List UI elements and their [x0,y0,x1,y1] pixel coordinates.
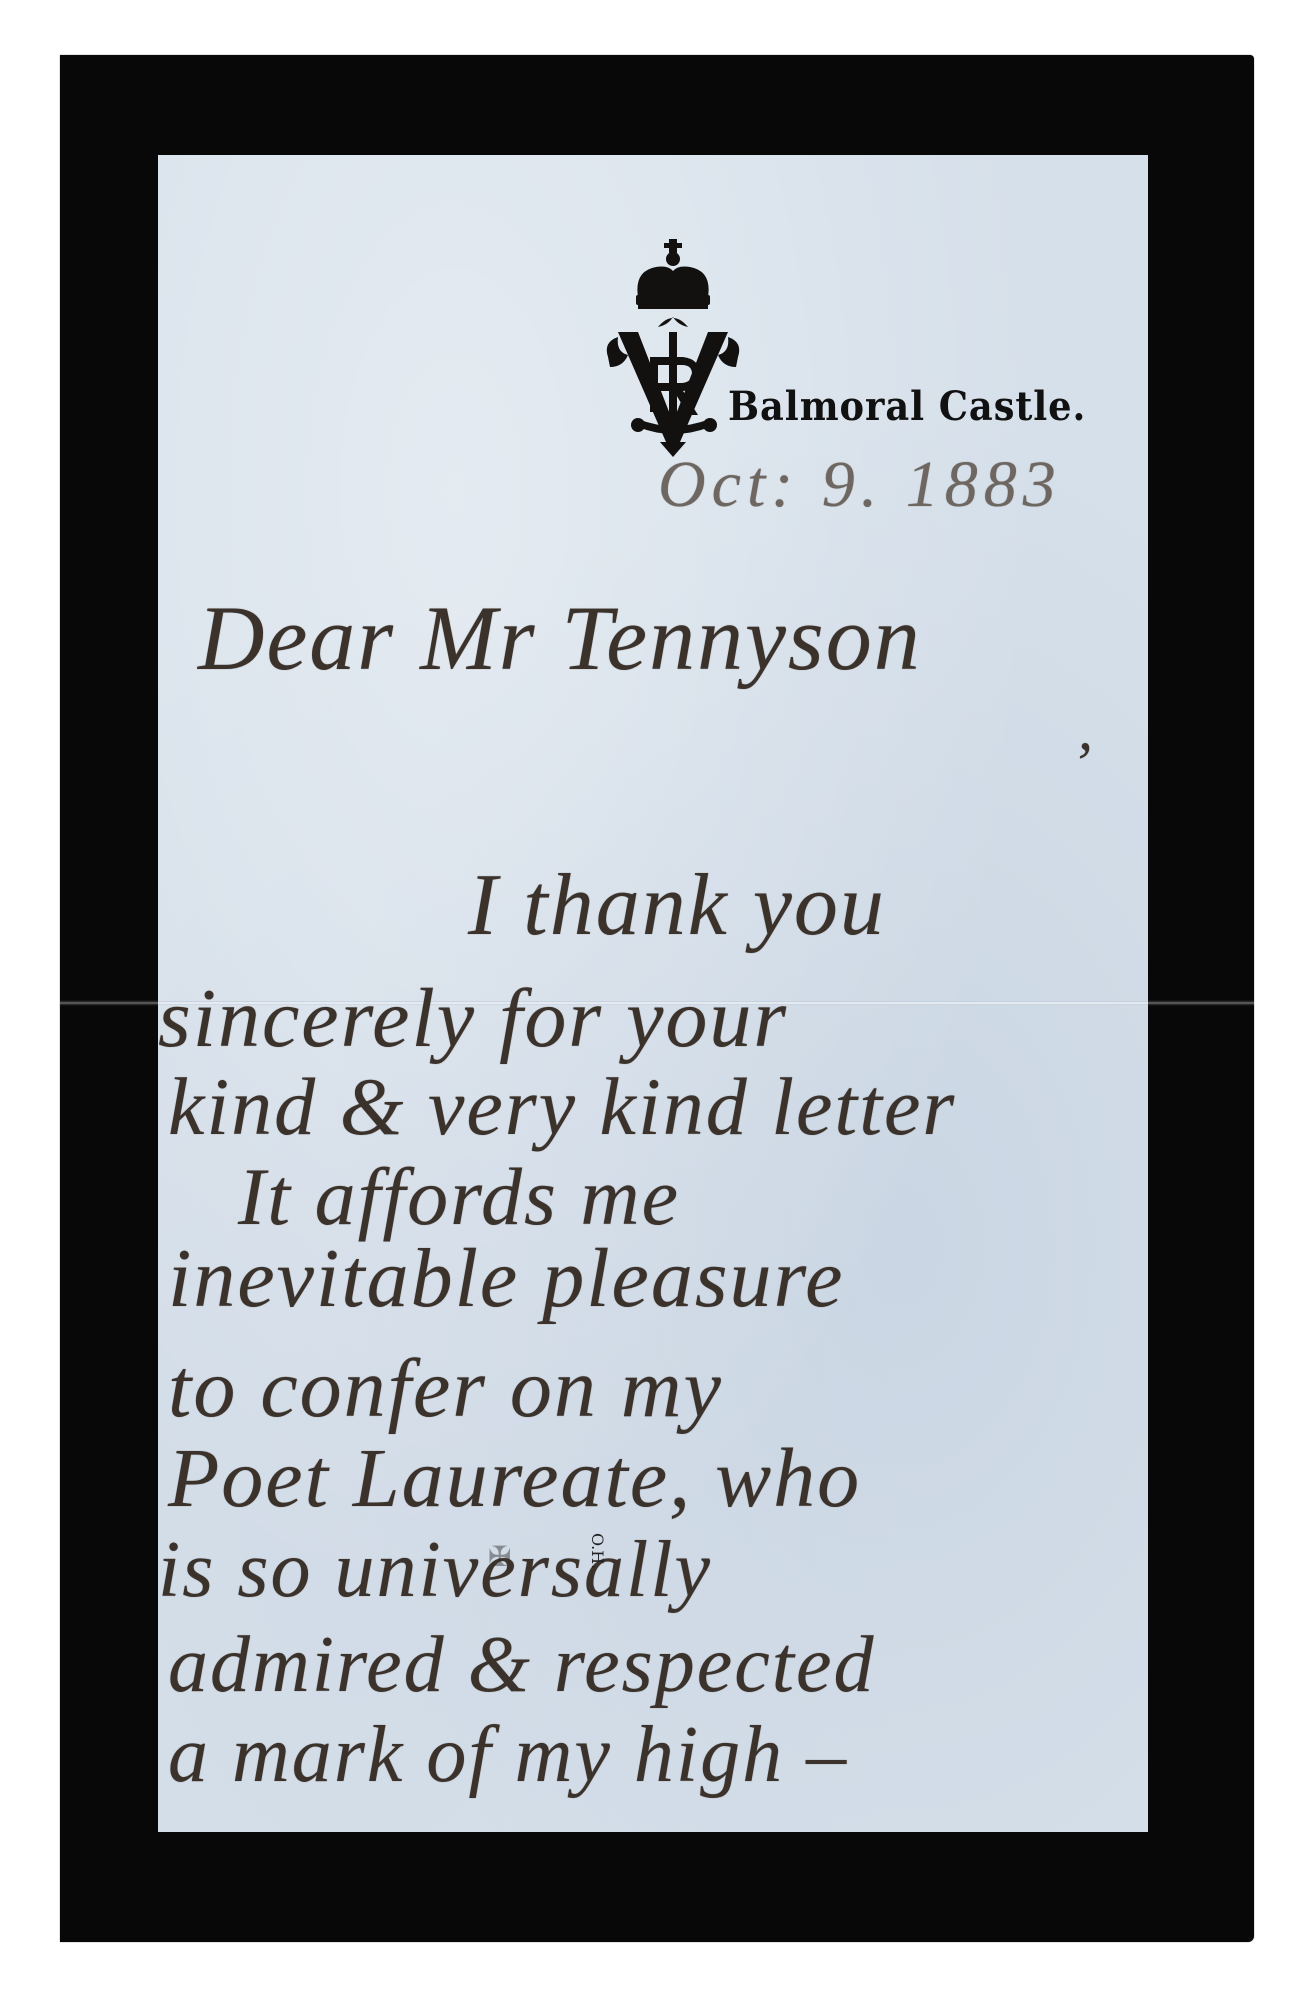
body-line: kind & very kind letter [168,1060,956,1154]
body-line: I thank you [468,855,886,956]
letter-paper: Balmoral Castle. Oct: 9. 1883 Dear Mr Te… [158,155,1148,1832]
body-line: to confer on my [168,1340,723,1437]
fold-crease-right [1148,1000,1254,1006]
faint-crest-stamp-icon: ✠ [488,1540,511,1573]
body-line: inevitable pleasure [168,1230,844,1327]
letterhead-address: Balmoral Castle. [728,383,1086,430]
body-line: Poet Laureate, who [168,1430,861,1527]
letter-date: Oct: 9. 1883 [658,447,1062,523]
stamp-text: O.H. [588,1533,607,1569]
body-line: a mark of my high – [168,1710,848,1801]
fold-crease-left [60,1000,158,1006]
salutation-punctuation: , [1078,695,1095,764]
body-line: sincerely for your [158,970,788,1067]
body-line: admired & respected [168,1620,875,1711]
body-line: is so universally [158,1525,712,1616]
salutation: Dear Mr Tennyson [198,585,922,691]
crown-monogram-icon [598,237,748,457]
